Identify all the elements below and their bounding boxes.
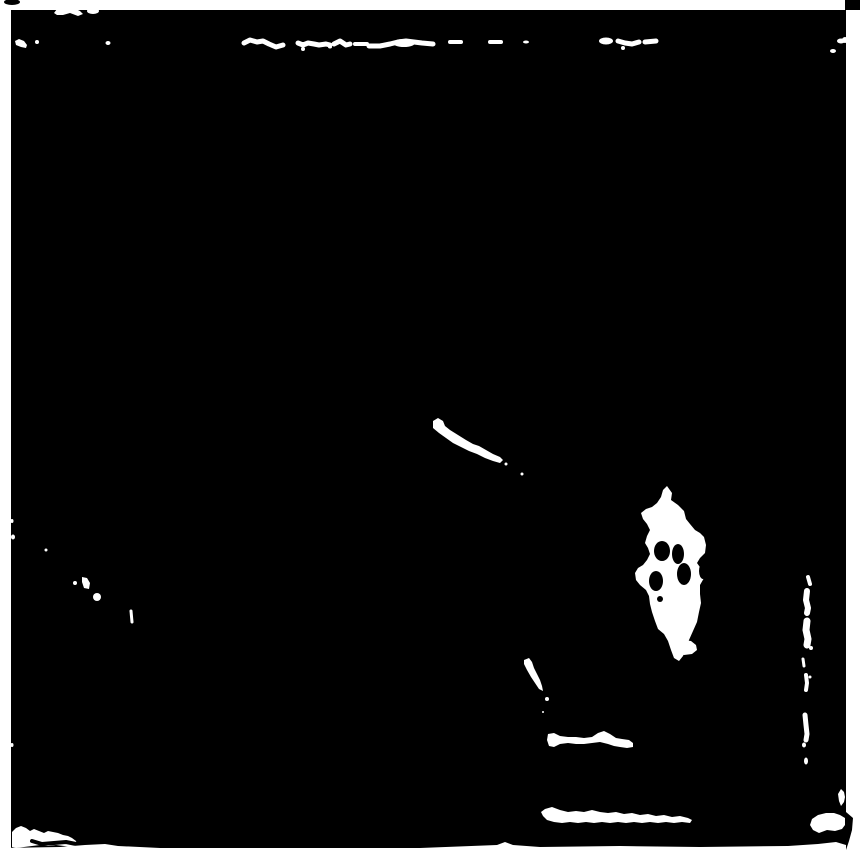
black-field (11, 10, 846, 848)
mid-left-dot-1 (45, 549, 48, 552)
top-right-corner-black (845, 0, 860, 10)
large-blob-hole-5 (657, 596, 663, 602)
top-left-margin-dash (87, 8, 99, 14)
right-streak-seg-4 (803, 659, 804, 666)
right-streak-dot-3 (802, 743, 806, 748)
band-wave-5-descender (621, 46, 625, 50)
right-streak-seg-3 (806, 621, 808, 645)
band-wave-2 (298, 43, 330, 45)
comet-dot-1 (505, 463, 508, 466)
wedge-speck (542, 711, 544, 713)
right-streak-seg-6 (805, 715, 807, 740)
band-dot-a (35, 40, 39, 44)
band-dash-4 (645, 41, 656, 42)
right-streak-dot-4 (804, 758, 808, 765)
large-blob-hole-3 (677, 563, 691, 585)
top-left-corner-smudge (4, 0, 20, 5)
bottom-left-blob-dark-wiggle (32, 841, 76, 844)
mid-left-round-dot (93, 593, 101, 601)
comet-dot-2 (521, 473, 524, 476)
wedge-dot (545, 697, 549, 701)
mid-left-vertical-dash (131, 611, 132, 622)
band-dot-b (106, 41, 111, 45)
band-dot-d (523, 41, 529, 44)
band-wave-5 (618, 41, 639, 44)
right-streak-dot-1 (809, 646, 813, 650)
large-blob-hole-4 (649, 571, 663, 591)
large-blob-right-notch (699, 563, 707, 579)
right-streak-seg-1 (808, 577, 810, 584)
right-margin-black-notch (846, 812, 853, 850)
band-blob-e (599, 38, 613, 45)
mid-left-dot-2 (73, 581, 77, 585)
large-blob-hole-2 (672, 544, 684, 564)
left-edge-speck-3 (11, 743, 14, 747)
left-edge-speck-2 (11, 535, 15, 540)
right-streak-dot-2 (809, 676, 812, 679)
left-edge-speck-1 (11, 519, 14, 523)
band-wave-4-thick (393, 39, 415, 47)
right-streak-seg-2 (806, 591, 808, 613)
right-streak-seg-5 (806, 675, 807, 690)
large-blob-hole-1 (654, 541, 670, 561)
binarized-photo-figure (0, 0, 860, 865)
binarized-image (0, 0, 860, 865)
band-dot-g (842, 37, 848, 43)
band-wave-2-descender (301, 47, 305, 51)
band-dot-f (830, 49, 836, 53)
